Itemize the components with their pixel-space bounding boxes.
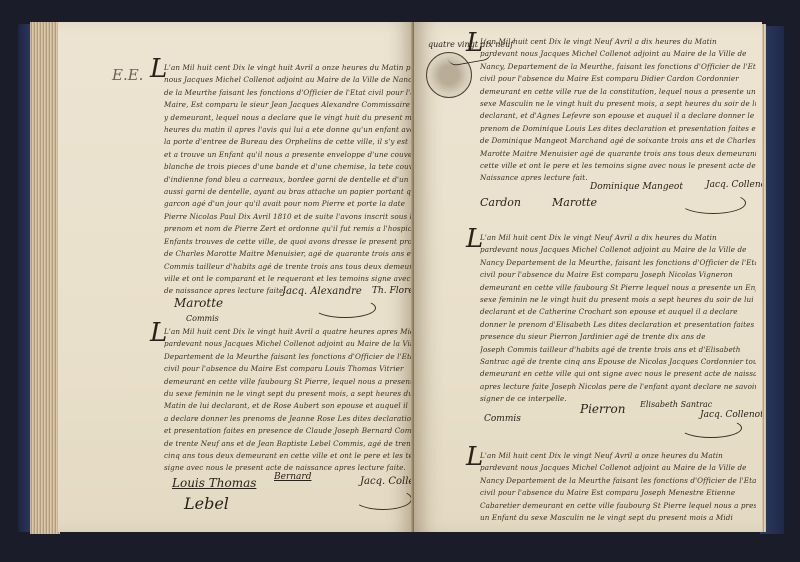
entry-line: L'an Mil huit cent Dix le vingt Neuf Avr… [480,232,756,244]
entry-line: et a trouve un Enfant qu'il nous a prese… [164,149,414,161]
entry-line: Matin de lui declarant, et de Rose Auber… [164,400,414,412]
signature-flourish [680,418,742,438]
page-edges-left [30,22,60,534]
entry-line: Cabaretier demeurant en cette ville faub… [480,500,756,512]
entry-line: du sexe feminin ne le vingt sept du pres… [164,388,414,400]
signature: Marotte [174,296,223,310]
entry-line: nous Jacques Michel Collenot adjoint au … [164,74,414,86]
signature: Jacq. Alexandre [282,286,362,297]
entry-line: declarant et de Catherine Crochart son e… [480,306,756,318]
signature-block-3: Dominique Mangeot Cardon Marotte Jacq. C… [480,192,756,228]
record-entry-3: L L'an Mil huit cent Dix le vingt Neuf A… [480,36,756,185]
record-entry-4: L L'an Mil huit cent Dix le vingt Neuf A… [480,232,756,406]
signature: Bernard [274,472,311,482]
signature: Jacq. Collenot [706,180,762,190]
entry-line: civil pour l'absence du Maire Est compar… [480,487,756,499]
entry-line: L'an Mil huit cent Dix le vingt Neuf Avr… [480,450,756,462]
entry-line: Nancy Departement de la Meurthe faisant … [480,475,756,487]
entry-line: de trente Neuf ans et de Jean Baptiste L… [164,438,414,450]
entry-line: civil pour l'absence du Maire Est compar… [480,73,756,85]
entry-line: aussi garni de dentelle, ayant au bras a… [164,186,414,198]
right-page: L L'an Mil huit cent Dix le vingt Neuf A… [414,22,762,532]
drop-capital: L [466,224,483,254]
entry-line: demeurant en cette ville qui ont signe a… [480,368,756,380]
entry-line: prenom et nom de Pierre Zert et ordonne … [164,223,414,235]
entry-line: Marotte Maitre Menuisier agé de quarante… [480,148,756,160]
folio-number: quatre vingt dix neuf [428,40,513,49]
entry-line: prenom de Dominique Louis Les dites decl… [480,123,756,135]
entry-line: L'an Mil huit cent Dix le vingt Neuf Avr… [480,36,756,48]
entry-line: demeurant en cette ville rue de la const… [480,86,756,98]
entry-line: presence du sieur Pierron Jardinier agé … [480,331,756,343]
drop-capital: L [150,318,167,348]
margin-mark: E.E. [112,66,143,84]
entry-line: y demeurant, lequel nous a declare que l… [164,112,414,124]
entry-line: civil pour l'absence du Maire Est compar… [164,363,414,375]
entry-line: Commis tailleur d'habits agé de trente t… [164,261,414,273]
signature: Elisabeth Santrac [640,400,712,409]
entry-line: a declare donner les prenoms de Jeanne R… [164,413,414,425]
signature-flourish [354,488,412,510]
entry-line: pardevant nous Jacques Michel Collenot a… [480,48,756,60]
entry-line: heures du matin il apres l'avis qui lui … [164,124,414,136]
signature: Louis Thomas [172,476,256,490]
entry-line: L'an Mil huit cent Dix le vingt huit Avr… [164,62,414,74]
entry-line: sexe Masculin ne le vingt huit du presen… [480,98,756,110]
entry-line: demeurant en cette ville faubourg St Pie… [480,282,756,294]
signature-flourish [680,192,746,214]
entry-line: Pierre Nicolas Paul Dix Avril 1810 et de… [164,211,414,223]
entry-line: cinq ans tous deux demeurant en cette vi… [164,450,414,462]
entry-line: blanche de trois pieces d'une bande et d… [164,161,414,173]
drop-capital: L [150,54,167,84]
open-register-book: E.E. L L'an Mil huit cent Dix le vingt h… [18,18,784,542]
signature: Cardon [480,196,521,209]
entry-line: et presentation faites en presence de Cl… [164,425,414,437]
entry-line: demeurant en cette ville faubourg St Pie… [164,376,414,388]
record-entry-2: L L'an Mil huit cent Dix le vingt huit A… [164,326,414,475]
entry-line: Maire, Est comparu le sieur Jean Jacques… [164,99,414,111]
entry-line: la porte d'entree de Bureau des Orphelin… [164,136,414,148]
signature-block-4: Pierron Elisabeth Santrac Jacq. Collenot… [480,408,756,448]
signature-block-2: Louis Thomas Bernard Lebel Jacq. Colleno… [164,476,414,526]
entry-line: Santrac agé de trente cinq ans Epouse de… [480,356,756,368]
entry-line: de Dominique Mangeot Marchand agé de soi… [480,135,756,147]
entry-line: Enfants trouves de cette ville, de quoi … [164,236,414,248]
entry-line: d'indienne fond bleu a carreaux, bordee … [164,174,414,186]
signature: Commis [484,414,521,424]
signature: Th. Florentin [372,286,414,296]
entry-line: Joseph Commis tailleur d'habits agé de t… [480,344,756,356]
entry-line: pardevant nous Jacques Michel Collenot a… [480,244,756,256]
entry-line: donner le prenom d'Elisabeth Les dites d… [480,319,756,331]
entry-line: Departement de la Meurthe faisant les fo… [164,351,414,363]
entry-line: declarant, et d'Agnes Lefevre son epouse… [480,110,756,122]
entry-line: garcon agé d'un jour qu'il avait pour no… [164,198,414,210]
signature-flourish [314,298,376,318]
entry-line: apres lecture faite Joseph Nicolas pere … [480,381,756,393]
entry-line: sexe feminin ne le vingt huit du present… [480,294,756,306]
signature: Jacq. Collenot [360,476,414,487]
entry-line: de Charles Marotte Maitre Menuisier, agé… [164,248,414,260]
signature: Pierron [580,402,625,416]
signature: Marotte [552,196,597,209]
entry-line: cette ville et ont le pere et les temoin… [480,160,756,172]
signature: Dominique Mangeot [590,182,683,192]
entry-line: pardevant nous Jacques Michel Collenot a… [164,338,414,350]
signature: Lebel [184,494,229,513]
left-page: E.E. L L'an Mil huit cent Dix le vingt h… [58,22,414,532]
entry-line: de la Meurthe faisant les fonctions d'Of… [164,87,414,99]
signature: Commis [186,314,219,323]
entry-line: civil pour l'absence du Maire Est compar… [480,269,756,281]
entry-line: ville et ont le comparant et le requeran… [164,273,414,285]
entry-line: pardevant nous Jacques Michel Collenot a… [480,462,756,474]
entry-line: Nancy, Departement de la Meurthe, faisan… [480,61,756,73]
entry-line: Nancy Departement de la Meurthe, faisant… [480,257,756,269]
record-entry-1: L L'an Mil huit cent Dix le vingt huit A… [164,62,414,298]
entry-line: un Enfant du sexe Masculin ne le vingt s… [480,512,756,524]
record-entry-5: L L'an Mil huit cent Dix le vingt Neuf A… [480,450,756,524]
entry-line: L'an Mil huit cent Dix le vingt huit Avr… [164,326,414,338]
drop-capital: L [466,442,483,472]
